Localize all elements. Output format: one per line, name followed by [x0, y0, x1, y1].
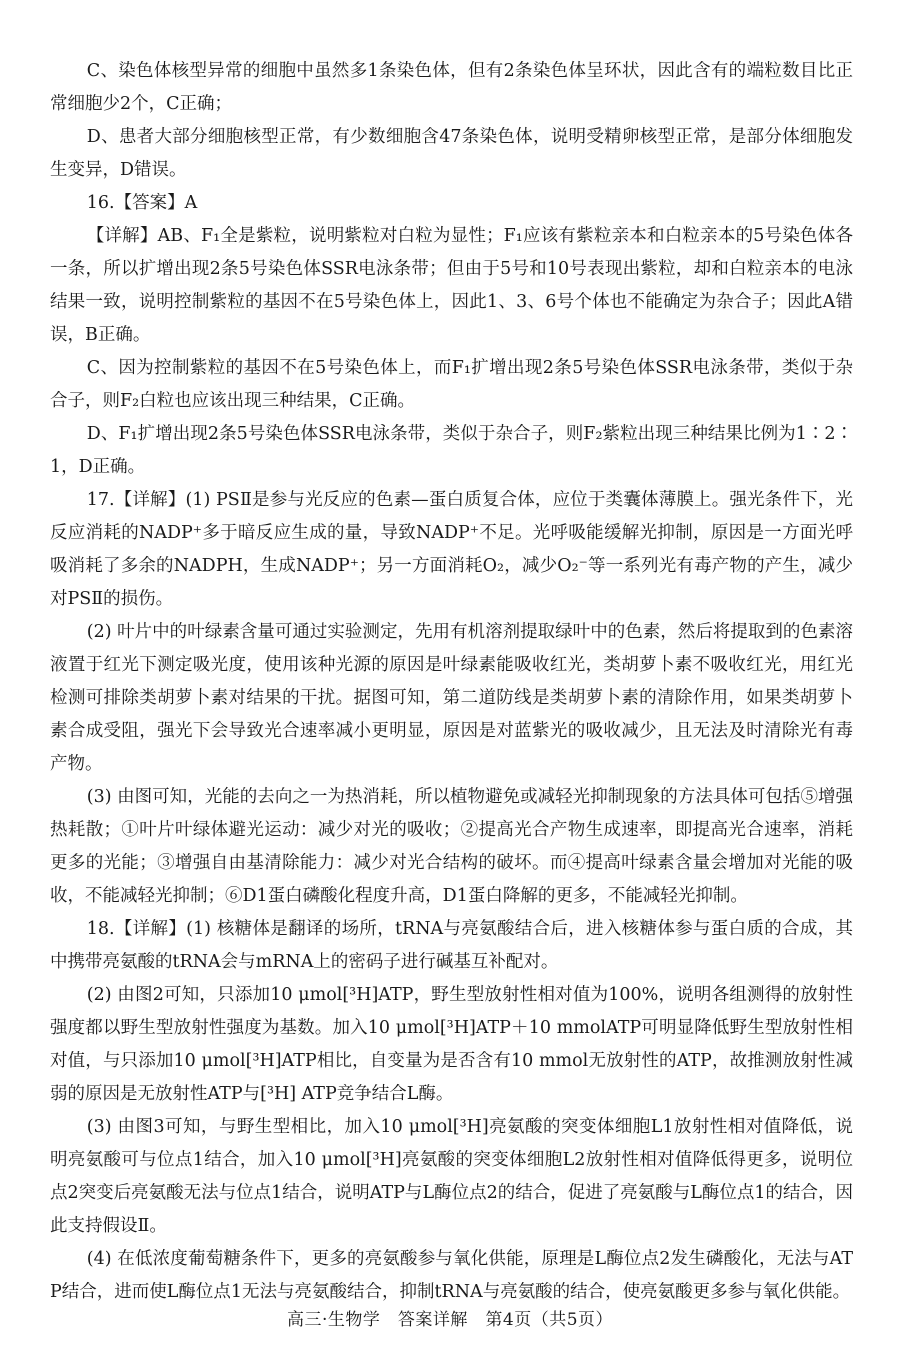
document-body: C、染色体核型异常的细胞中虽然多1条染色体，但有2条染色体呈环状，因此含有的端粒… [50, 55, 853, 1309]
paragraph-q18-part-3: (3) 由图3可知，与野生型相比，加入10 μmol[³H]亮氨酸的突变体细胞L… [50, 1111, 853, 1243]
paragraph-q18-part-4: (4) 在低浓度葡萄糖条件下，更多的亮氨酸参与氧化供能，原理是L酶位点2发生磷酸… [50, 1243, 853, 1309]
paragraph-q17-part-2: (2) 叶片中的叶绿素含量可通过实验测定，先用有机溶剂提取绿叶中的色素，然后将提… [50, 616, 853, 781]
page-footer: 高三·生物学 答案详解 第4页（共5页） [0, 1305, 900, 1330]
paragraph-q18-part-1: 18.【详解】(1) 核糖体是翻译的场所，tRNA与亮氨酸结合后，进入核糖体参与… [50, 913, 853, 979]
paragraph-q17-part-3: (3) 由图可知，光能的去向之一为热消耗，所以植物避免或减轻光抑制现象的方法具体… [50, 781, 853, 913]
paragraph-q15-option-c: C、染色体核型异常的细胞中虽然多1条染色体，但有2条染色体呈环状，因此含有的端粒… [50, 55, 853, 121]
paragraph-q17-part-1: 17.【详解】(1) PSⅡ是参与光反应的色素—蛋白质复合体，应位于类囊体薄膜上… [50, 484, 853, 616]
q16-answer-heading: 16.【答案】A [50, 187, 853, 220]
paragraph-q15-option-d: D、患者大部分细胞核型正常，有少数细胞含47条染色体，说明受精卵核型正常，是部分… [50, 121, 853, 187]
paragraph-q16-option-c: C、因为控制紫粒的基因不在5号染色体上，而F₁扩增出现2条5号染色体SSR电泳条… [50, 352, 853, 418]
paragraph-q18-part-2: (2) 由图2可知，只添加10 μmol[³H]ATP，野生型放射性相对值为10… [50, 979, 853, 1111]
paragraph-q16-option-d: D、F₁扩增出现2条5号染色体SSR电泳条带，类似于杂合子，则F₂紫粒出现三种结… [50, 418, 853, 484]
paragraph-q16-explanation-ab: 【详解】AB、F₁全是紫粒，说明紫粒对白粒为显性；F₁应该有紫粒亲本和白粒亲本的… [50, 220, 853, 352]
